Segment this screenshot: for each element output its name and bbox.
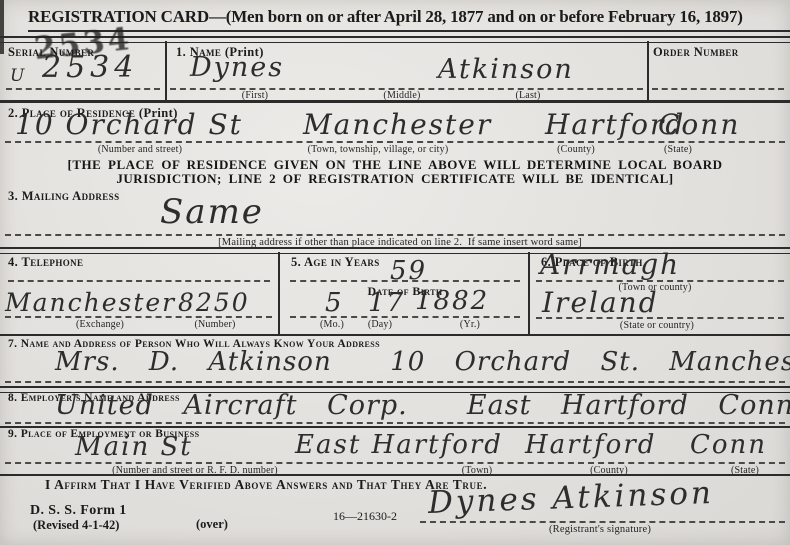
telephone-exchange-value: Manchester: [5, 288, 176, 317]
employment-county-value: Hartford: [525, 430, 656, 460]
age-write-line: [290, 280, 520, 282]
residence-town-value: Manchester: [303, 108, 492, 141]
row1-bottom-rule: [0, 100, 790, 103]
contact-write-line: [5, 381, 785, 383]
birth-country-sub-label: (State or country): [620, 320, 694, 331]
employment-town-value: East Hartford: [295, 430, 503, 460]
telephone-write-line: [5, 316, 272, 318]
title-rule: [28, 30, 790, 32]
residence-state-value: Conn: [658, 108, 740, 141]
jurisdiction-notice-line2: JURISDICTION; LINE 2 OF REGISTRATION CER…: [116, 171, 673, 187]
serial-write-line: [6, 88, 160, 90]
birth-country-value: Ireland: [542, 286, 659, 319]
birth-year-value: 1882: [415, 286, 489, 316]
name-last-value: Atkinson: [438, 54, 574, 85]
telephone-upper-line: [8, 280, 270, 282]
birth-country-write-line: [536, 317, 784, 319]
telephone-exchange-sub-label: (Exchange): [76, 319, 124, 330]
employment-write-line: [5, 462, 785, 464]
mailing-address-label: 3. Mailing Address: [8, 189, 119, 204]
divider-telephone-age: [278, 252, 280, 334]
birth-month-value: 5: [325, 288, 344, 318]
signature-sub-label: (Registrant's signature): [549, 524, 651, 535]
residence-town-sub-label: (Town, township, village, or city): [308, 144, 449, 155]
affirmation-text: I Affirm That I Have Verified Above Answ…: [45, 477, 487, 493]
name-first-value: Dynes: [190, 52, 284, 83]
employer-value: United Aircraft Corp. East Hartford Conn: [55, 390, 790, 421]
serial-prefix-value: U: [10, 66, 26, 86]
divider-name-order: [647, 41, 649, 100]
employment-state-value: Conn: [690, 430, 767, 460]
row456-bottom-rule: [0, 334, 790, 336]
birth-day-value: 17: [368, 288, 405, 318]
employer-write-line: [5, 422, 785, 424]
divider-serial-name: [165, 41, 167, 100]
over-note: (over): [196, 517, 228, 532]
dob-write-line: [290, 316, 520, 318]
day-sub-label: (Day): [368, 319, 392, 330]
age-label: 5. Age in Years: [291, 255, 380, 270]
employment-bottom-rule: [0, 474, 790, 476]
residence-street-value: 10 Orchard St: [15, 108, 243, 141]
year-sub-label: (Yr.): [460, 319, 480, 330]
employment-street-value: Main St: [75, 432, 193, 462]
signature-write-line: [420, 521, 785, 523]
mailing-write-line: [5, 234, 785, 236]
birth-town-value: Arrmagh: [540, 248, 680, 281]
form-number: D. S. S. Form 1: [30, 503, 127, 519]
telephone-number-value: 8250: [178, 288, 250, 317]
divider-age-birth: [528, 252, 530, 334]
contact-value: Mrs. D. Atkinson 10 Orchard St. Manchest…: [55, 347, 790, 377]
telephone-number-sub-label: (Number): [194, 319, 235, 330]
month-sub-label: (Mo.): [320, 319, 344, 330]
order-write-line: [652, 88, 784, 90]
scan-edge-artifact: [0, 0, 4, 54]
mailing-address-value: Same: [160, 192, 264, 232]
order-number-label: Order Number: [653, 45, 739, 60]
telephone-label: 4. Telephone: [8, 255, 83, 270]
serial-number-value: 2534: [42, 50, 138, 85]
print-code: 16—21630-2: [333, 509, 397, 524]
registration-card: REGISTRATION CARD—(Men born on or after …: [0, 0, 790, 545]
residence-county-sub-label: (County): [557, 144, 595, 155]
form-revision: (Revised 4-1-42): [33, 518, 119, 533]
residence-street-sub-label: (Number and street): [98, 144, 182, 155]
residence-state-sub-label: (State): [664, 144, 692, 155]
card-title: REGISTRATION CARD—(Men born on or after …: [28, 7, 743, 27]
residence-write-line: [5, 141, 785, 143]
